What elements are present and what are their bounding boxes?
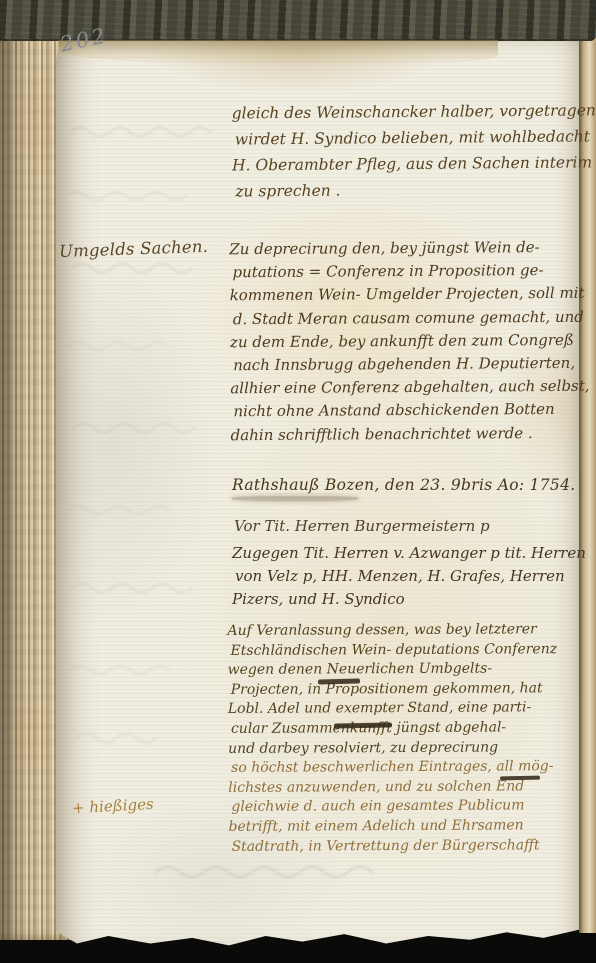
ink-smudge <box>232 496 358 501</box>
manuscript-line: dahin schrifftlich benachrichtet werde . <box>231 421 579 447</box>
manuscript-line: allhier eine Conferenz abgehalten, auch … <box>230 375 578 401</box>
bleedthrough-ghost-writing-bottom <box>150 856 430 896</box>
manuscript-photo: 202 Umgelds Sachen. gleich des Weinschan… <box>0 0 596 963</box>
manuscript-line: Stadtrath, in Vertrettung der Bürgerscha… <box>232 836 583 857</box>
manuscript-line: gleich des Weinschancker halber, vorgetr… <box>232 97 578 126</box>
attendees-paragraph: Zugegen Tit. Herren v. Azwanger p tit. H… <box>232 542 578 611</box>
manuscript-line: Zu deprecirung den, bey jüngst Wein de- <box>229 236 577 262</box>
manuscript-line: betrifft, mit einem Adelich und Ehrsamen <box>228 816 582 837</box>
manuscript-line: cular Zusammenkunfft jüngst abgehal- <box>231 718 582 739</box>
manuscript-line: kommenen Wein- Umgelder Projecten, soll … <box>230 282 578 308</box>
manuscript-line: Etschländischen Wein- deputations Confer… <box>230 640 581 661</box>
ink-strikethrough <box>500 776 540 781</box>
manuscript-line: putations = Conferenz in Proposition ge- <box>232 259 577 285</box>
paragraph-3: Auf Veranlassung dessen, was bey letzter… <box>227 620 582 857</box>
manuscript-line: wegen denen Neuerlichen Umbgelts- <box>228 659 582 680</box>
paragraph-2: Zu deprecirung den, bey jüngst Wein de- … <box>229 236 578 447</box>
manuscript-line: zu sprechen . <box>235 175 578 204</box>
manuscript-line: H. Oberambter Pfleg, aus den Sachen inte… <box>232 149 578 178</box>
dateline: Rathshauß Bozen, den 23. 9bris Ao: 1754. <box>232 476 575 494</box>
manuscript-line: d. Stadt Meran causam comune gemacht, un… <box>233 305 578 331</box>
manuscript-line: zu dem Ende, bey ankunfft den zum Congre… <box>230 329 578 355</box>
manuscript-line: lichstes anzuwenden, und zu solchen End <box>228 777 582 798</box>
manuscript-line: von Velz p, HH. Menzen, H. Grafes, Herre… <box>235 565 578 588</box>
manuscript-line: Auf Veranlassung dessen, was bey letzter… <box>227 620 581 641</box>
manuscript-line: wirdet H. Syndico belieben, mit wohlbeda… <box>235 123 578 152</box>
presence-line: Vor Tit. Herren Burgermeistern p <box>234 517 490 535</box>
manuscript-line: Pizers, und H. Syndico <box>232 588 578 611</box>
manuscript-line: Projecten, in Propositionem gekommen, ha… <box>231 679 582 700</box>
manuscript-line: nach Innsbrugg abgehenden H. Deputierten… <box>233 352 578 378</box>
paragraph-1: gleich des Weinschancker halber, vorgetr… <box>232 97 579 204</box>
manuscript-line: Zugegen Tit. Herren v. Azwanger p tit. H… <box>232 542 578 565</box>
manuscript-line: gleichwie d. auch ein gesamtes Publicum <box>231 796 582 817</box>
ink-strikethrough <box>334 722 392 728</box>
manuscript-line: und darbey resolviert, zu deprecirung <box>228 738 582 759</box>
manuscript-line: Lobl. Adel und exempter Stand, eine part… <box>228 698 582 719</box>
manuscript-line: nicht ohne Anstand abschickenden Botten <box>233 398 578 424</box>
bleedthrough-ghost-writing <box>62 118 230 758</box>
